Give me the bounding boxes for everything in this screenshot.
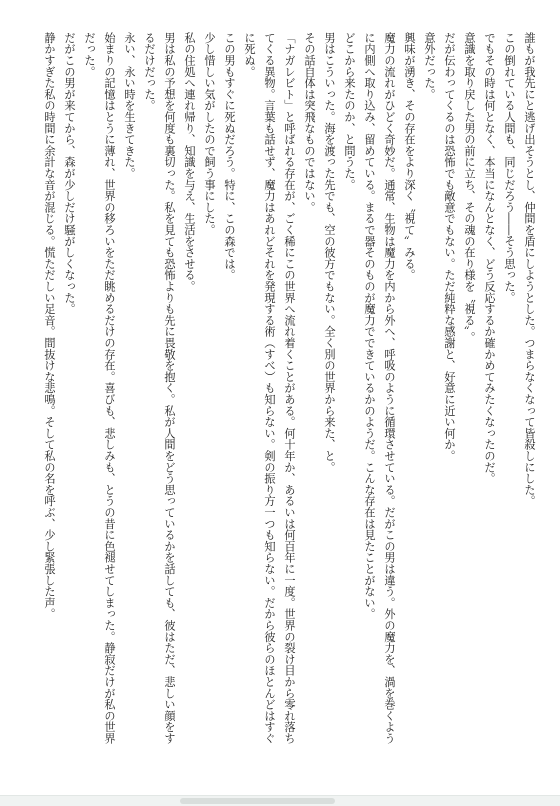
paragraph: 興味が湧き、その存在をより深く〝視て〟みる。 bbox=[399, 32, 419, 744]
paragraph: 男は私の予想を何度も裏切った。私を見ても恐怖よりも先に畏敬を抱く。私が人間をどう… bbox=[139, 32, 179, 744]
horizontal-scrollbar[interactable] bbox=[0, 795, 560, 806]
paragraph: 始まりの記憶はとうに薄れ、世界の移ろいをただ眺めるだけの存在。喜びも、悲しみも、… bbox=[79, 32, 119, 744]
paragraph: だが伝わってくるのは恐怖でも敵意でもない。ただ純粋な感謝と、好意に近い何か。 bbox=[439, 32, 459, 744]
paragraph: でもその時は何となく、本当になんとなく、どう反応するか確かめてみたくなったのだ。 bbox=[479, 32, 499, 744]
paragraph: だがこの男が来てから、森が少しだけ騒がしくなった。 bbox=[59, 32, 79, 744]
paragraph: 意外だった。 bbox=[419, 32, 439, 744]
paragraph: 私の住処へ連れ帰り、知識を与え、生活をさせる。 bbox=[179, 32, 199, 744]
paragraph: 意識を取り戻した男の前に立ち、その魂の在り様を〝視る〟。 bbox=[459, 32, 479, 744]
paragraph: 男はこういった。海を渡った先でも、空の彼方でもない。全く別の世界から来た、と。 bbox=[319, 32, 339, 744]
novel-text-body: 誰もが我先にと逃げ出そうとし、仲間を盾にしようとした。つまらなくなって皆殺しにし… bbox=[39, 32, 539, 744]
paragraph: 誰もが我先にと逃げ出そうとし、仲間を盾にしようとした。つまらなくなって皆殺しにし… bbox=[519, 32, 539, 744]
paragraph: この男もすぐに死ぬだろう。特に、この森では。 bbox=[219, 32, 239, 744]
novel-page: 誰もが我先にと逃げ出そうとし、仲間を盾にしようとした。つまらなくなって皆殺しにし… bbox=[0, 0, 560, 806]
paragraph: 魔力の流れがひどく奇妙だ。通常、生物は魔力を内から外へ、呼吸のように循環させてい… bbox=[359, 32, 399, 744]
scrollbar-thumb[interactable] bbox=[180, 798, 335, 804]
paragraph: 「ナガレビト」と呼ばれる存在が、ごく稀にこの世界へ流れ着くことがある。何十年か、… bbox=[239, 32, 299, 744]
paragraph: 静かすぎた私の時間に余計な音が混じる。慌ただしい足音。間抜けな悲鳴。そして私の名… bbox=[39, 32, 59, 744]
paragraph: その話自体は突飛なものではない。 bbox=[299, 32, 319, 744]
paragraph: どこから来たのか、と問うた。 bbox=[339, 32, 359, 744]
paragraph: 永い、永い時を生きてきた。 bbox=[119, 32, 139, 744]
paragraph: 少し惜しい気がしたので飼う事にした。 bbox=[199, 32, 219, 744]
paragraph: この倒れている人間も、同じだろう――そう思った。 bbox=[499, 32, 519, 744]
